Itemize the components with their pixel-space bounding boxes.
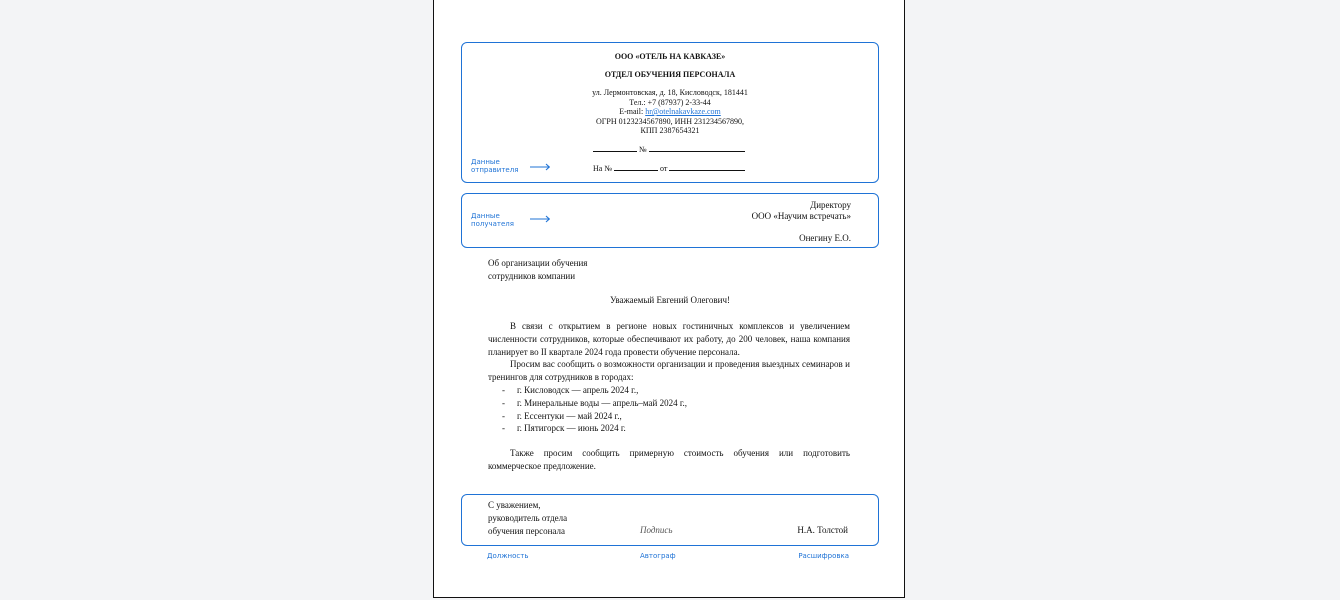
subject-line: сотрудников компании xyxy=(488,270,587,283)
list-item: -г. Кисловодск — апрель 2024 г., xyxy=(502,384,687,397)
arrow-right-icon xyxy=(530,163,550,171)
letter-subject: Об организации обучения сотрудников комп… xyxy=(488,257,587,282)
arrow-right-icon xyxy=(530,215,550,223)
letter-greeting: Уважаемый Евгений Олегович! xyxy=(461,295,879,306)
signer-position: С уважением, руководитель отдела обучени… xyxy=(488,499,567,537)
recipient-name: Онегину Е.О. xyxy=(799,233,851,244)
reply-date-blank xyxy=(669,162,745,171)
email-label: E-mail: xyxy=(619,107,645,116)
list-item: -г. Пятигорск — июнь 2024 г. xyxy=(502,422,687,435)
subject-line: Об организации обучения xyxy=(488,257,587,270)
sender-kpp: КПП 2387654321 xyxy=(461,126,879,136)
body-paragraph-3: Также просим сообщить примерную стоимост… xyxy=(488,447,850,473)
sender-department: ОТДЕЛ ОБУЧЕНИЯ ПЕРСОНАЛА xyxy=(461,70,879,80)
reply-number-blank xyxy=(614,162,658,171)
signer-name: Н.А. Толстой xyxy=(797,525,848,535)
sender-address: ул. Лермонтовская, д. 18, Кисловодск, 18… xyxy=(461,88,879,98)
recipient-company: ООО «Научим встречать» xyxy=(752,211,851,222)
email-link[interactable]: hr@otelnakavkaze.com xyxy=(645,107,721,116)
recipient-data-label: Данные получателя xyxy=(471,213,523,228)
recipient-position: Директору xyxy=(810,200,851,211)
body-paragraph-2: Просим вас сообщить о возможности органи… xyxy=(488,358,850,384)
sender-data-label: Данные отправителя xyxy=(471,159,523,174)
body-paragraph-1: В связи с открытием в регионе новых гост… xyxy=(488,320,850,358)
sender-phone: Тел.: +7 (87937) 2-33-44 xyxy=(461,98,879,108)
caption-decoding: Расшифровка xyxy=(798,552,849,560)
reply-to-label: На № xyxy=(593,164,612,173)
city-list: -г. Кисловодск — апрель 2024 г., -г. Мин… xyxy=(502,384,687,435)
date-blank xyxy=(593,143,637,152)
sender-ogrn-inn: ОГРН 0123234567890, ИНН 231234567890, xyxy=(461,117,879,127)
registration-number-line: № xyxy=(593,143,745,155)
number-blank xyxy=(649,143,745,152)
list-item: -г. Минеральные воды — апрель–май 2024 г… xyxy=(502,397,687,410)
reply-reference-line: На № от xyxy=(593,162,745,174)
list-item: -г. Ессентуки — май 2024 г., xyxy=(502,410,687,423)
reply-from-label: от xyxy=(660,164,667,173)
number-sign: № xyxy=(639,145,647,154)
signature-autograph: Подпись xyxy=(640,525,673,535)
sender-email-line: E-mail: hr@otelnakavkaze.com xyxy=(461,107,879,117)
caption-autograph: Автограф xyxy=(640,552,676,560)
sender-org-name: ООО «ОТЕЛЬ НА КАВКАЗЕ» xyxy=(461,52,879,62)
caption-position: Должность xyxy=(487,552,528,560)
